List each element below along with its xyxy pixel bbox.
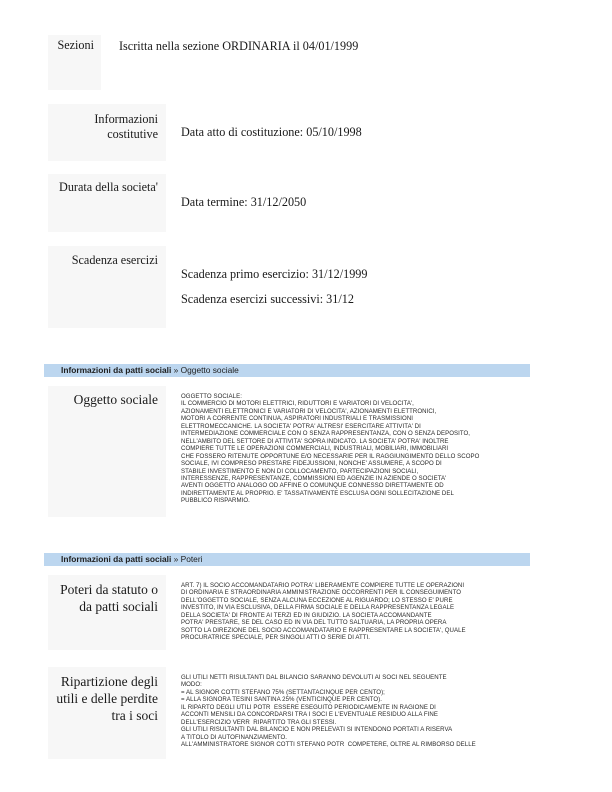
text-line: IL COMMERCIO DI MOTORI ELETTRICI, RIDUTT… [181, 400, 479, 407]
text-line: A TITOLO DI AUTOFINANZIAMENTO. [181, 734, 476, 741]
text-line: DI ORDINARIA E STRAORDINARIA AMMINISTRAZ… [181, 589, 466, 596]
scadenza-esercizi-successivi: Scadenza esercizi successivi: 31/12 [181, 292, 354, 307]
section-header-title: Informazioni da patti sociali [61, 365, 171, 375]
text-line: IL RIPARTO DEGLI UTILI POTR ESSERE ESEGU… [181, 704, 476, 711]
text-line: STABILE INVESTIMENTO E NON DI COLLOCAMEN… [181, 468, 479, 475]
section-header-text: Informazioni da patti sociali » Poteri [61, 553, 203, 566]
label-line: Informazioni [48, 112, 158, 127]
text-line: PUBBLICO RISPARMIO. [181, 497, 479, 504]
label-line: utili e delle perdite [48, 690, 158, 707]
text-line: INTERMEDIAZIONE COMMERCIALE CON O SENZA … [181, 430, 479, 437]
poteri-label: Poteri da statuto o da patti sociali [48, 581, 158, 615]
text-line: DELLA SOCIETA' DI FRONTE AI TERZI ED IN … [181, 612, 466, 619]
section-header-title: Informazioni da patti sociali [61, 554, 171, 564]
text-line: GLI UTILI RISULTANTI DAL BILANCIO E NON … [181, 726, 476, 733]
text-line: NELL'AMBITO DEL SETTORE DI ATTIVITA' SOP… [181, 438, 479, 445]
section-header-text: Informazioni da patti sociali » Oggetto … [61, 364, 239, 377]
data-atto-costituzione: Data atto di costituzione: 05/10/1998 [181, 125, 362, 140]
text-line: SOCIALE, IVI COMPRESO PRESTARE FIDEJUSSI… [181, 460, 479, 467]
scadenza-primo-esercizio: Scadenza primo esercizio: 31/12/1999 [181, 267, 367, 282]
text-line: PROCURATRICE SPECIALE, PER SINGOLI ATTI … [181, 634, 466, 641]
text-line: MODO: [181, 681, 476, 688]
section-header-oggetto-sociale: Informazioni da patti sociali » Oggetto … [44, 364, 530, 377]
text-line: ELETTROMECCANICHE. LA SOCIETA' POTRA' AL… [181, 423, 479, 430]
label-line: tra i soci [48, 707, 158, 724]
oggetto-sociale-label: Oggetto sociale [48, 391, 158, 408]
text-line: AZIONAMENTI ELETTRONICI E VARIATORI DI V… [181, 408, 479, 415]
text-line: = ALLA SIGNORA TESINI SANTINA 25% (VENTI… [181, 696, 476, 703]
section-header-subtitle: Oggetto sociale [181, 365, 239, 375]
text-line: INTERESSENZE, RAPPRESENTANZE, COMMISSION… [181, 475, 479, 482]
label-line: costitutive [48, 127, 158, 142]
label-line: Ripartizione degli [48, 673, 158, 690]
text-line: COMPIERE TUTTE LE OPERAZIONI COMMERCIALI… [181, 445, 479, 452]
text-line: DELL'OGGETTO SOCIALE, SENZA ALCUNA ECCEZ… [181, 597, 466, 604]
text-line: = AL SIGNOR COTTI STEFANO 75% (SETTANTAC… [181, 689, 476, 696]
label-line: Poteri da statuto o [48, 581, 158, 598]
text-line: SOTTO LA DIREZIONE DEL SOCIO ACCOMANDATA… [181, 627, 466, 634]
label-line: da patti sociali [48, 598, 158, 615]
breadcrumb-separator: » [171, 554, 180, 564]
text-line: OGGETTO SOCIALE: [181, 393, 479, 400]
informazioni-costitutive-label: Informazioni costitutive [48, 112, 158, 142]
breadcrumb-separator: » [171, 365, 180, 375]
section-header-poteri: Informazioni da patti sociali » Poteri [44, 553, 530, 566]
sezioni-value: Iscritta nella sezione ORDINARIA il 04/0… [119, 39, 358, 54]
sezioni-label: Sezioni [48, 38, 94, 53]
text-line: INDIRETTAMENTE AL PROPRIO. E' TASSATIVAM… [181, 490, 479, 497]
section-header-subtitle: Poteri [181, 554, 203, 564]
text-line: INVESTITO, IN VIA ESCLUSIVA, DELLA FIRMA… [181, 604, 466, 611]
text-line: AVENTI OGGETTO ANALOGO OD AFFINE O COMUN… [181, 482, 479, 489]
text-line: DELL'ESERCIZIO VERR RIPARTITO TRA GLI ST… [181, 719, 476, 726]
ripartizione-text: GLI UTILI NETTI RISULTANTI DAL BILANCIO … [181, 674, 476, 749]
scadenza-esercizi-label: Scadenza esercizi [48, 253, 158, 268]
durata-societa-label: Durata della societa' [48, 180, 158, 195]
data-termine: Data termine: 31/12/2050 [181, 195, 306, 210]
oggetto-sociale-text: OGGETTO SOCIALE:IL COMMERCIO DI MOTORI E… [181, 393, 479, 505]
text-line: ACCONTI MENSILI DA CONCORDARSI TRA I SOC… [181, 711, 476, 718]
text-line: CHE FOSSERO RITENUTE OPPORTUNE E/O NECES… [181, 453, 479, 460]
ripartizione-label: Ripartizione degli utili e delle perdite… [48, 673, 158, 724]
poteri-text: ART. 7) IL SOCIO ACCOMANDATARIO POTRA' L… [181, 582, 466, 642]
text-line: GLI UTILI NETTI RISULTANTI DAL BILANCIO … [181, 674, 476, 681]
text-line: POTRA' PRESTARE, SE DEL CASO ED IN VIA D… [181, 619, 466, 626]
text-line: MOTORI A CORRENTE CONTINUA, ASPIRATORI I… [181, 415, 479, 422]
text-line: ART. 7) IL SOCIO ACCOMANDATARIO POTRA' L… [181, 582, 466, 589]
text-line: ALL'AMMINISTRATORE SIGNOR COTTI STEFANO … [181, 741, 476, 748]
